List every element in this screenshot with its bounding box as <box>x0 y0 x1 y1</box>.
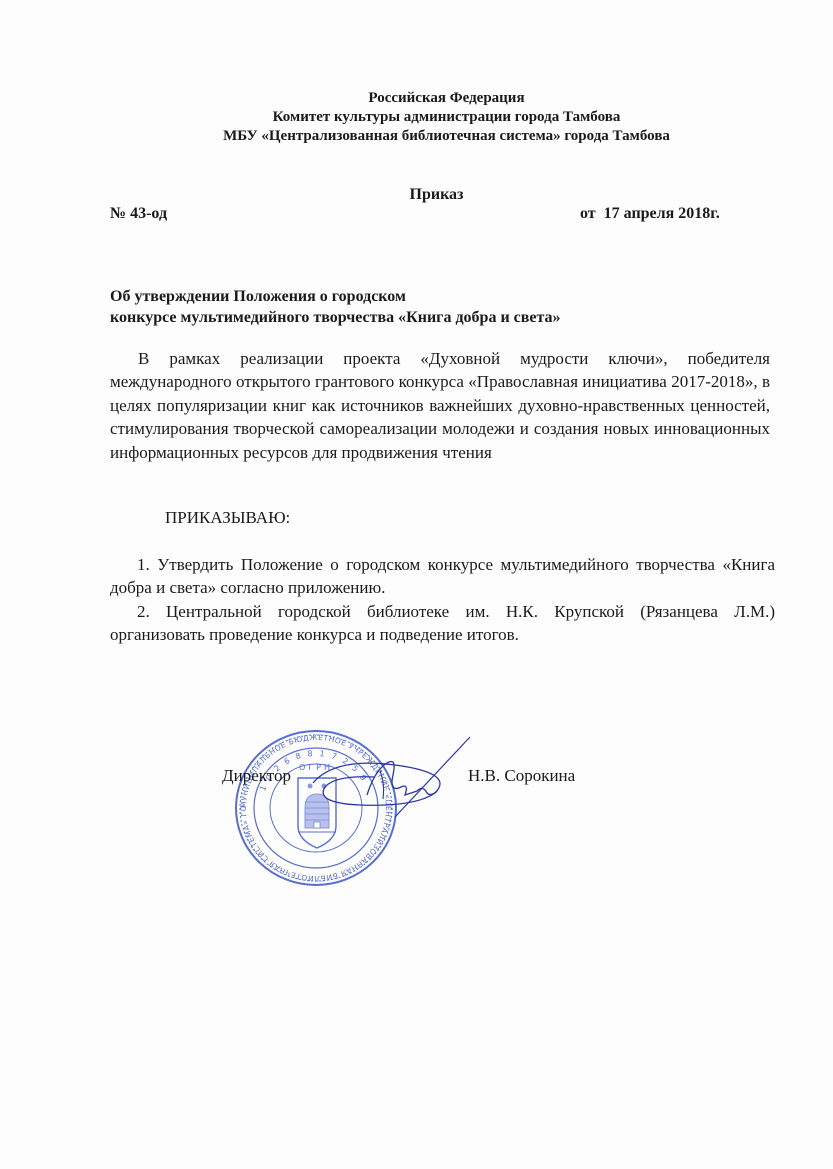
order-items-list: 1. Утвердить Положение о городском конку… <box>110 553 775 647</box>
letterhead-organization: МБУ «Централизованная библиотечная систе… <box>60 127 833 146</box>
order-item: 2. Центральной городской библиотеке им. … <box>110 600 775 647</box>
letterhead: Российская Федерация Комитет культуры ад… <box>0 89 833 146</box>
preamble-paragraph: В рамках реализации проекта «Духовной му… <box>110 347 770 464</box>
order-item: 1. Утвердить Положение о городском конку… <box>110 553 775 600</box>
document-date: от 17 апреля 2018г. <box>580 205 720 223</box>
document-type-title: Приказ <box>40 186 833 204</box>
document-number: № 43-од <box>110 205 167 223</box>
document-page: Российская Федерация Комитет культуры ад… <box>0 0 833 1169</box>
signatory-name: Н.В. Сорокина <box>468 766 575 786</box>
letterhead-country: Российская Федерация <box>60 89 833 108</box>
subject-line-1: Об утверждении Положения о городском <box>110 286 561 307</box>
order-directive: ПРИКАЗЫВАЮ: <box>165 508 290 528</box>
document-subject: Об утверждении Положения о городском кон… <box>110 286 561 328</box>
subject-line-2: конкурсе мультимедийного творчества «Кни… <box>110 307 561 328</box>
signatory-title: Директор <box>222 766 291 786</box>
letterhead-committee: Комитет культуры администрации города Та… <box>60 108 833 127</box>
handwritten-signature-icon <box>305 735 475 820</box>
